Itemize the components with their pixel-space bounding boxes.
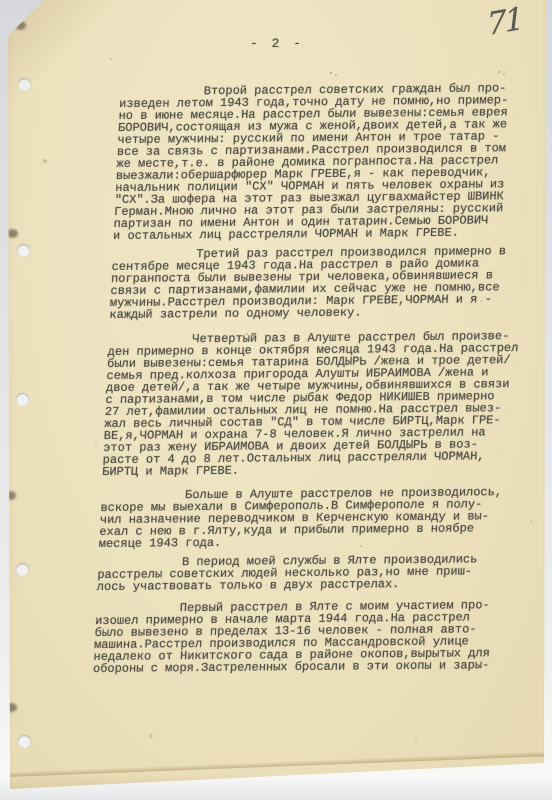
punch-hole	[16, 393, 29, 406]
hole-smudge	[7, 229, 18, 238]
punch-hole	[18, 735, 31, 748]
paragraph-second-execution: Второй расстрел советских граждан был пр…	[113, 82, 544, 242]
punch-hole	[17, 244, 30, 257]
paragraph-fourth-execution: Четвертый раз в Алуште расстрел был прои…	[102, 330, 533, 478]
punch-hole	[16, 563, 29, 576]
hole-smudge	[5, 491, 16, 500]
typed-page-number: - 2 -	[250, 36, 304, 51]
document-text-block: Второй расстрел советских граждан был пр…	[92, 82, 544, 685]
paragraph-yalta-service: В период моей службы в Ялте производилис…	[97, 553, 523, 593]
scanner-background: - 2 - 71 Второй расстрел советских гражд…	[0, 0, 552, 800]
document-page: - 2 - 71 Второй расстрел советских гражд…	[0, 0, 552, 800]
punch-hole	[18, 78, 31, 91]
hole-smudge	[6, 703, 17, 712]
hole-smudge	[15, 21, 26, 30]
paper-bottom-edge-shadow	[6, 751, 551, 777]
paragraph-first-yalta-execution: Первый расстрел в Ялте с моим участием п…	[93, 599, 521, 675]
paper-specks	[0, 0, 2, 2]
handwritten-page-number: 71	[486, 1, 523, 43]
paragraph-simferopol-transfer: Больше в Алуште расстрелов не производил…	[99, 486, 526, 550]
paragraph-third-execution: Третий раз расстрел производился примерн…	[109, 245, 537, 321]
